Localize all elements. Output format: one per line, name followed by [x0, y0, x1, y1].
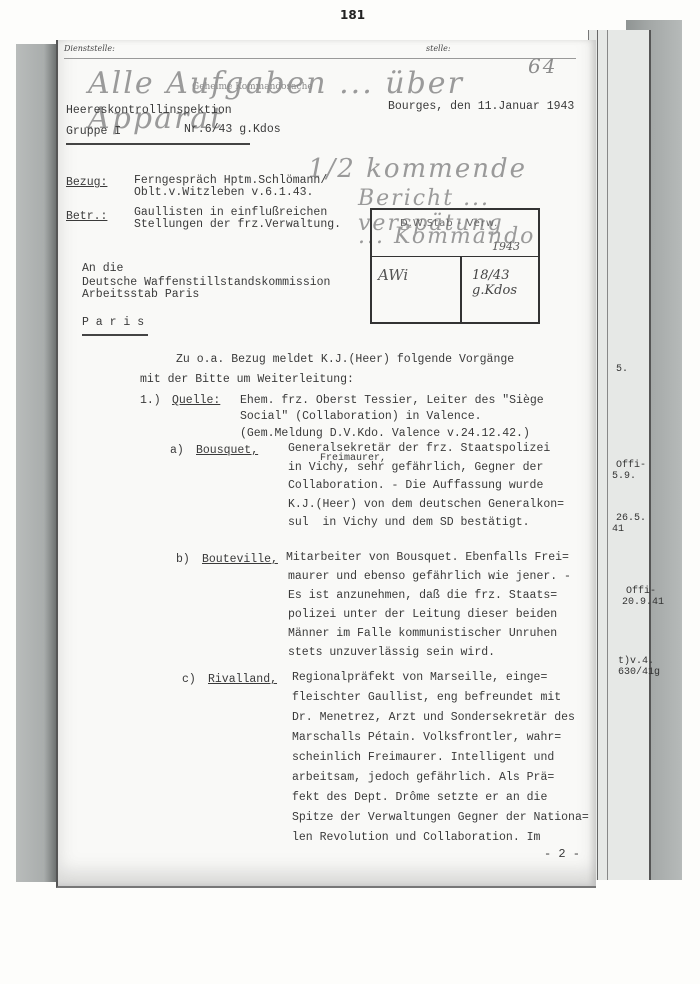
- fragment: Offi-: [626, 586, 656, 597]
- binder-left-edge: [16, 44, 56, 882]
- item-1-marker: 1.): [140, 394, 161, 407]
- entry-a-line: in Vichy, sehr gefährlich, Gegner der: [288, 461, 543, 474]
- item-1-line-2: Social" (Collaboration) in Valence.: [240, 410, 482, 423]
- entry-c-line: Marschalls Pétain. Volksfrontler, wahr=: [292, 731, 561, 744]
- item-1-label: Quelle:: [172, 394, 220, 407]
- entry-c-name: Rivalland,: [208, 673, 277, 686]
- fragment: 26.5.: [616, 513, 646, 524]
- entry-b-line: Es ist anzunehmen, daß die frz. Staats=: [288, 589, 557, 602]
- entry-c-line: len Revolution und Collaboration. Im: [292, 831, 540, 844]
- entry-a-marker: a): [170, 444, 184, 457]
- intro-line-2: mit der Bitte um Weiterleitung:: [140, 373, 354, 386]
- stamp-date: 1943: [492, 240, 520, 253]
- entry-c-line: fekt des Dept. Drôme setzte er an die: [292, 791, 547, 804]
- reference-number: Nr.6/43 g.Kdos: [184, 123, 281, 136]
- fragment: 20.9.41: [622, 597, 664, 608]
- bezug-line-2: Oblt.v.Witzleben v.6.1.43.: [134, 186, 313, 199]
- betr-label: Betr.:: [66, 210, 107, 223]
- stamp-divider: [460, 256, 462, 322]
- fragment: Offi-: [616, 460, 646, 471]
- group: Gruppe I: [66, 125, 121, 138]
- city-rule: [82, 334, 148, 336]
- entry-c-line: Spitze der Verwaltungen Gegner der Natio…: [292, 811, 589, 824]
- archive-page-number: 181: [340, 8, 365, 22]
- fragment: 5.: [616, 364, 628, 375]
- item-1-line-1: Ehem. frz. Oberst Tessier, Leiter des "S…: [240, 394, 544, 407]
- stamp-header-cell: D.W.Stab - Verw. 1943: [372, 210, 538, 257]
- entry-b-name: Bouteville,: [202, 553, 278, 566]
- entry-b-line: Mitarbeiter von Bousquet. Ebenfalls Frei…: [286, 551, 569, 564]
- document-sheet: Dienststelle: stelle: Alle Aufgaben ... …: [56, 40, 596, 888]
- entry-c-line: Regionalpräfekt von Marseille, einge=: [292, 671, 547, 684]
- recipient-line-2: Arbeitsstab Paris: [82, 288, 199, 301]
- stamp-office: D.W.Stab - Verw.: [400, 218, 498, 229]
- bezug-label: Bezug:: [66, 176, 107, 189]
- intro-line-1: Zu o.a. Bezug meldet K.J.(Heer) folgende…: [176, 353, 514, 366]
- fragment: 41: [612, 524, 624, 535]
- entry-c-line: Dr. Menetrez, Arzt und Sondersekretär de…: [292, 711, 575, 724]
- stamp-journal-number: 18/43 g.Kdos: [472, 268, 538, 298]
- betr-line-2: Stellungen der frz.Verwaltung.: [134, 218, 341, 231]
- page-footer: - 2 -: [544, 848, 580, 861]
- place-date: Bourges, den 11.Januar 1943: [388, 100, 574, 113]
- fragment: t)v.4.: [618, 656, 654, 667]
- form-header: Dienststelle: stelle:: [64, 44, 576, 59]
- entry-b-line: polizei unter der Leitung dieser beiden: [288, 608, 557, 621]
- fragment: 630/41g: [618, 667, 660, 678]
- handwritten-number: 64: [528, 54, 557, 78]
- form-label-stelle: stelle:: [426, 44, 451, 53]
- entry-b-line: stets unzuverlässig sein wird.: [288, 646, 495, 659]
- recipient-city: P a r i s: [82, 316, 144, 329]
- recipient-salutation: An die: [82, 262, 123, 275]
- entry-c-marker: c): [182, 673, 196, 686]
- entry-b-marker: b): [176, 553, 190, 566]
- entry-a-line: Generalsekretär der frz. Staatspolizei: [288, 442, 550, 455]
- entry-a-line: Collaboration. - Die Auffassung wurde: [288, 479, 543, 492]
- organization: Heereskontrollinspektion: [66, 104, 232, 117]
- underlying-sheet-notes: 5. Offi- 5.9. 26.5. 41 Offi- 20.9.41 t)v…: [618, 360, 698, 720]
- classification-stamp: Geheime Kommandosache: [192, 82, 313, 92]
- entry-a-line: K.J.(Heer) von dem deutschen Generalkon=: [288, 498, 564, 511]
- letterhead-rule: [66, 143, 250, 145]
- entry-c-line: scheinlich Freimaurer. Intelligent und: [292, 751, 554, 764]
- form-label-dienststelle: Dienststelle:: [64, 44, 115, 53]
- fragment: 5.9.: [612, 471, 636, 482]
- entry-c-line: arbeitsam, jedoch gefährlich. Als Prä=: [292, 771, 554, 784]
- item-1-line-3: (Gem.Meldung D.V.Kdo. Valence v.24.12.42…: [240, 427, 530, 440]
- entry-a-name: Bousquet,: [196, 444, 258, 457]
- entry-b-line: maurer und ebenso gefährlich wie jener. …: [288, 570, 571, 583]
- entry-a-line: sul in Vichy und dem SD bestätigt.: [288, 516, 530, 529]
- entry-c-line: fleischter Gaullist, eng befreundet mit: [292, 691, 561, 704]
- receipt-stamp: D.W.Stab - Verw. 1943 AWi 18/43 g.Kdos: [370, 208, 540, 324]
- stamp-department: AWi: [378, 266, 408, 284]
- entry-b-line: Männer im Falle kommunistischer Unruhen: [288, 627, 557, 640]
- handwritten-margin-note-1: 1/2 kommende: [308, 154, 527, 184]
